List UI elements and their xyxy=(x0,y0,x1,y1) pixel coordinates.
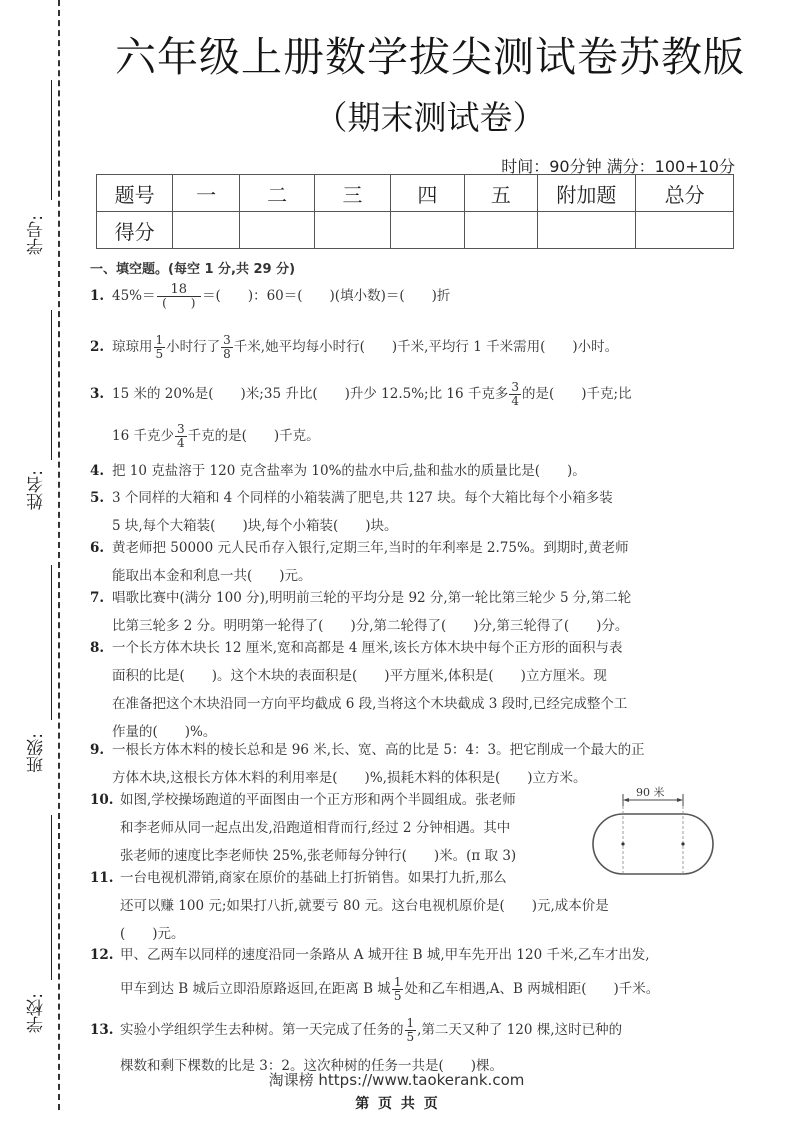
class-label: 班级: xyxy=(24,733,49,773)
score-table-header-row: 题号 一 二 三 四 五 附加题 总分 xyxy=(97,175,734,212)
header-cell: 二 xyxy=(239,175,314,212)
question-text: 黄老师把 50000 元人民币存入银行,定期三年,当时的年利率是 2.75%。到… xyxy=(112,540,629,556)
score-cell[interactable] xyxy=(465,212,537,249)
header-cell: 题号 xyxy=(97,175,173,212)
class-field[interactable]: 班级: xyxy=(14,565,54,780)
header-cell: 五 xyxy=(465,175,537,212)
header-cell: 附加题 xyxy=(537,175,636,212)
question-4: 4.把 10 克盐溶于 120 克含盐率为 10%的盐水中后,盐和盐水的质量比是… xyxy=(90,457,730,485)
watermark: 淘课榜 https://www.taokerank.com xyxy=(0,1069,793,1090)
question-12: 12.甲、乙两车以同样的速度沿同一条路从 A 城开往 B 城,甲车先开出 120… xyxy=(90,941,730,969)
question-text: 面积的比是( )。这个木块的表面积是( )平方厘米,体积是( )立方厘米。现 xyxy=(90,662,730,690)
page-number: 第 页 共 页 xyxy=(0,1093,793,1113)
question-text: 实验小学组织学生去种树。第一天完成了任务的 xyxy=(120,1022,404,1038)
numerator: 3 xyxy=(221,334,233,348)
question-text: 一根长方体木料的棱长总和是 96 米,长、宽、高的比是 5：4：3。把它削成一个… xyxy=(112,742,645,758)
name-label: 姓名: xyxy=(24,470,49,510)
question-number: 6. xyxy=(90,534,112,562)
question-5: 5.3 个同样的大箱和 4 个同样的小箱装满了肥皂,共 127 块。每个大箱比每… xyxy=(90,484,730,540)
cut-line xyxy=(58,0,60,1110)
page-title: 六年级上册数学拔尖测试卷苏教版 xyxy=(80,24,780,83)
denominator: 4 xyxy=(509,395,521,408)
question-9: 9.一根长方体木料的棱长总和是 96 米,长、宽、高的比是 5：4：3。把它削成… xyxy=(90,736,730,792)
numerator: 3 xyxy=(175,423,187,437)
denominator: 5 xyxy=(405,1031,417,1044)
class-line[interactable] xyxy=(51,565,52,720)
question-text: 唱歌比赛中(满分 100 分),明明前三轮的平均分是 92 分,第一轮比第三轮少… xyxy=(112,590,631,606)
student-id-line[interactable] xyxy=(51,80,52,200)
question-number: 1. xyxy=(90,282,112,310)
question-3-line-2: 16 千克少34千克的是( )千克。 xyxy=(90,422,730,450)
question-text: 15 米的 20%是( )米;35 升比( )升少 12.5%;比 16 千克多 xyxy=(112,386,508,402)
student-id-field[interactable]: 学号: xyxy=(14,80,54,260)
question-number: 13. xyxy=(90,1016,120,1044)
question-number: 9. xyxy=(90,736,112,764)
question-text: 和李老师从同一起点出发,沿跑道相背而行,经过 2 分钟相遇。其中 xyxy=(90,814,590,842)
name-line[interactable] xyxy=(51,310,52,460)
school-line[interactable] xyxy=(51,815,52,980)
question-6: 6.黄老师把 50000 元人民币存入银行,定期三年,当时的年利率是 2.75%… xyxy=(90,534,730,590)
header-cell: 总分 xyxy=(636,175,734,212)
fraction: 34 xyxy=(175,423,187,450)
question-text: 3 个同样的大箱和 4 个同样的小箱装满了肥皂,共 127 块。每个大箱比每个小… xyxy=(112,490,613,506)
question-text: 的是( )千克;比 xyxy=(522,386,632,402)
denominator: 5 xyxy=(392,990,404,1003)
fraction: 18( ) xyxy=(157,283,202,310)
numerator: 1 xyxy=(392,976,404,990)
denominator: ( ) xyxy=(160,297,197,310)
question-text: 小时行了 xyxy=(166,339,220,355)
numerator: 1 xyxy=(405,1017,417,1031)
school-label: 学校: xyxy=(24,993,49,1033)
question-number: 12. xyxy=(90,941,120,969)
numerator: 18 xyxy=(157,283,202,297)
header-cell: 三 xyxy=(315,175,390,212)
score-cell[interactable] xyxy=(239,212,314,249)
score-cell[interactable] xyxy=(173,212,240,249)
question-number: 10. xyxy=(90,786,120,814)
fraction: 34 xyxy=(509,381,521,408)
name-field[interactable]: 姓名: xyxy=(14,310,54,510)
denominator: 4 xyxy=(175,437,187,450)
page-subtitle: （期末测试卷） xyxy=(80,92,780,139)
question-11: 11.一台电视机滞销,商家在原价的基础上打折销售。如果打九折,那么 还可以赚 1… xyxy=(90,864,730,948)
question-2: 2.琼琼用15小时行了38千米,她平均每小时行( )千米,平均行 1 千米需用(… xyxy=(90,333,730,361)
score-cell[interactable] xyxy=(537,212,636,249)
student-id-label: 学号: xyxy=(24,215,49,255)
question-10: 10.如图,学校操场跑道的平面图由一个正方形和两个半圆组成。张老师 和李老师从同… xyxy=(90,786,590,870)
question-text: 一个长方体木块长 12 厘米,宽和高都是 4 厘米,该长方体木块中每个正方形的面… xyxy=(112,640,623,656)
question-text: 千米,她平均每小时行( )千米,平均行 1 千米需用( )小时。 xyxy=(234,339,618,355)
header-cell: 四 xyxy=(390,175,464,212)
question-text: 处和乙车相遇,A、B 两城相距( )千米。 xyxy=(404,981,659,997)
numerator: 1 xyxy=(154,334,166,348)
question-text: 45%＝ xyxy=(112,288,156,304)
binding-margin: 学号: 姓名: 班级: 学校: xyxy=(0,0,70,1122)
denominator: 8 xyxy=(221,348,233,361)
numerator: 3 xyxy=(509,381,521,395)
question-1: 1.45%＝18( )＝( )：60＝( )(填小数)＝( )折 xyxy=(90,282,730,310)
question-text: 在准备把这个木块沿同一方向平均截成 6 段,当将这个木块截成 3 段时,已经完成… xyxy=(90,690,730,718)
question-text: 甲、乙两车以同样的速度沿同一条路从 A 城开往 B 城,甲车先开出 120 千米… xyxy=(120,947,650,963)
question-number: 2. xyxy=(90,333,112,361)
score-row-label: 得分 xyxy=(97,212,173,249)
question-number: 8. xyxy=(90,634,112,662)
score-cell[interactable] xyxy=(315,212,390,249)
question-text: 千克的是( )千克。 xyxy=(188,428,320,444)
question-13: 13.实验小学组织学生去种树。第一天完成了任务的15,第二天又种了 120 棵,… xyxy=(90,1016,730,1044)
question-number: 11. xyxy=(90,864,120,892)
question-text: 如图,学校操场跑道的平面图由一个正方形和两个半圆组成。张老师 xyxy=(120,792,516,808)
question-12-line-2: 甲车到达 B 城后立即沿原路返回,在距离 B 城15处和乙车相遇,A、B 两城相… xyxy=(90,975,730,1003)
denominator: 5 xyxy=(154,348,166,361)
fraction: 38 xyxy=(221,334,233,361)
question-text: 还可以赚 100 元;如果打八折,就要亏 80 元。这台电视机原价是( )元,成… xyxy=(90,892,730,920)
fraction: 15 xyxy=(405,1017,417,1044)
question-3: 3.15 米的 20%是( )米;35 升比( )升少 12.5%;比 16 千… xyxy=(90,380,730,408)
header-cell: 一 xyxy=(173,175,240,212)
score-table: 题号 一 二 三 四 五 附加题 总分 得分 xyxy=(96,174,734,249)
score-cell[interactable] xyxy=(636,212,734,249)
question-number: 3. xyxy=(90,380,112,408)
question-text: 甲车到达 B 城后立即沿原路返回,在距离 B 城 xyxy=(90,981,391,997)
question-number: 7. xyxy=(90,584,112,612)
question-number: 4. xyxy=(90,457,112,485)
question-8: 8.一个长方体木块长 12 厘米,宽和高都是 4 厘米,该长方体木块中每个正方形… xyxy=(90,634,730,746)
fraction: 15 xyxy=(154,334,166,361)
question-7: 7.唱歌比赛中(满分 100 分),明明前三轮的平均分是 92 分,第一轮比第三… xyxy=(90,584,730,640)
fraction: 15 xyxy=(392,976,404,1003)
question-text: ＝( )：60＝( )(填小数)＝( )折 xyxy=(202,288,450,304)
question-text: 把 10 克盐溶于 120 克含盐率为 10%的盐水中后,盐和盐水的质量比是( … xyxy=(112,463,586,479)
question-text: 16 千克少 xyxy=(90,428,174,444)
score-cell[interactable] xyxy=(390,212,464,249)
score-table-score-row: 得分 xyxy=(97,212,734,249)
school-field[interactable]: 学校: xyxy=(14,815,54,1040)
question-number: 5. xyxy=(90,484,112,512)
question-text: 琼琼用 xyxy=(112,339,153,355)
figure-dimension-label: 90 米 xyxy=(636,784,665,800)
question-text: ,第二天又种了 120 棵,这时已种的 xyxy=(417,1022,622,1038)
question-text: 一台电视机滞销,商家在原价的基础上打折销售。如果打九折,那么 xyxy=(120,870,507,886)
section-heading: 一、填空题。(每空 1 分,共 29 分) xyxy=(90,258,295,277)
